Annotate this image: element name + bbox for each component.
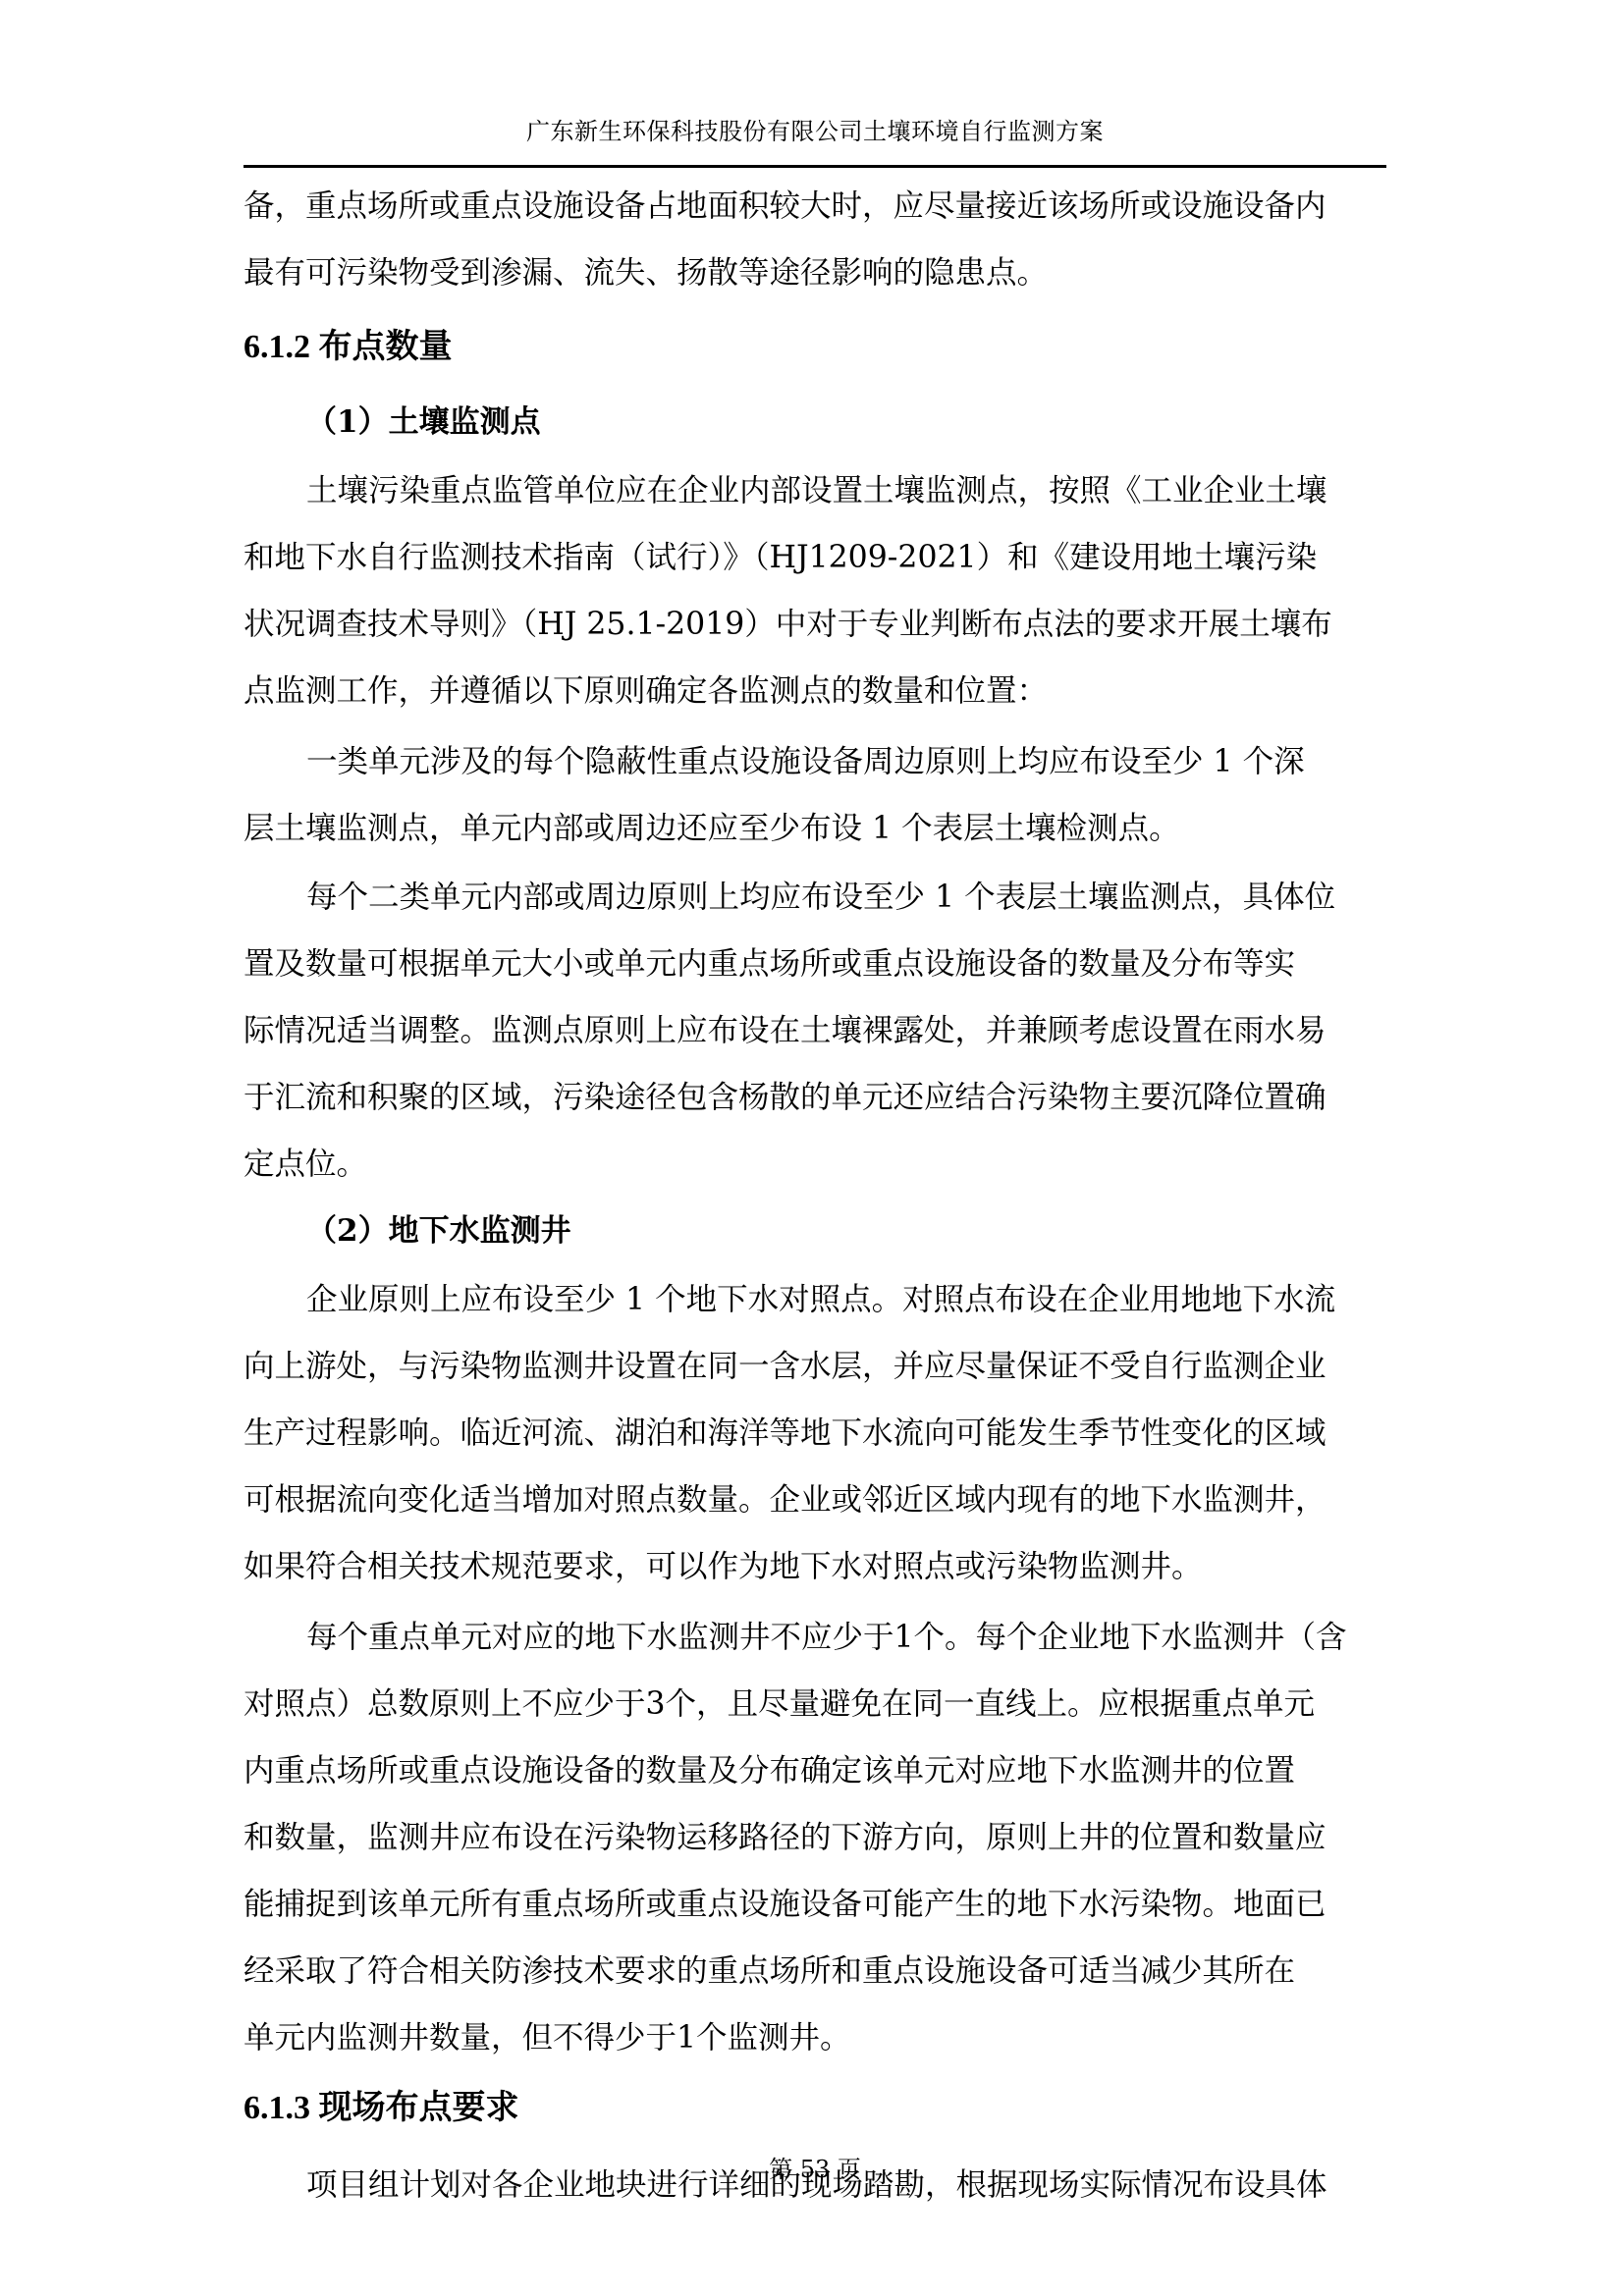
intro-line: 备，重点场所或重点设施设备占地面积较大时，应尽量接近该场所或设施设备内 — [244, 187, 1326, 226]
subsection-heading-soil-monitoring-points: （1）土壤监测点 — [306, 402, 541, 442]
intro-line: 最有可污染物受到渗漏、流失、扬散等途径影响的隐患点。 — [244, 253, 1048, 293]
paragraph-line: 和数量，监测井应布设在污染物运移路径的下游方向，原则上井的位置和数量应 — [244, 1818, 1326, 1857]
paragraph-line: 每个二类单元内部或周边原则上均应布设至少 1 个表层土壤监测点，具体位 — [306, 878, 1335, 917]
paragraph-line: 定点位。 — [244, 1145, 367, 1184]
paragraph-line: 内重点场所或重点设施设备的数量及分布确定该单元对应地下水监测井的位置 — [244, 1751, 1295, 1790]
paragraph-line: 点监测工作，并遵循以下原则确定各监测点的数量和位置： — [244, 671, 1048, 711]
paragraph-line: 生产过程影响。临近河流、湖泊和海洋等地下水流向可能发生季节性变化的区域 — [244, 1414, 1326, 1453]
section-heading-6-1-2: 6.1.2 布点数量 — [244, 326, 453, 369]
paragraph-line: 可根据流向变化适当增加对照点数量。企业或邻近区域内现有的地下水监测井， — [244, 1480, 1326, 1520]
paragraph-line: 和地下水自行监测技术指南（试行）》（HJ1209-2021）和《建设用地土壤污染 — [244, 538, 1317, 577]
paragraph-line: 能捕捉到该单元所有重点场所或重点设施设备可能产生的地下水污染物。地面已 — [244, 1885, 1326, 1924]
paragraph-line: 土壤污染重点监管单位应在企业内部设置土壤监测点，按照《工业企业土壤 — [306, 471, 1327, 510]
paragraph-line: 向上游处，与污染物监测井设置在同一含水层，并应尽量保证不受自行监测企业 — [244, 1347, 1326, 1386]
paragraph-line: 置及数量可根据单元大小或单元内重点场所或重点设施设备的数量及分布等实 — [244, 944, 1295, 984]
page-number: 第 53 页 — [244, 2154, 1386, 2185]
header-rule — [244, 165, 1386, 168]
paragraph-line: 如果符合相关技术规范要求，可以作为地下水对照点或污染物监测井。 — [244, 1547, 1203, 1586]
paragraph-line: 对照点）总数原则上不应少于3个，且尽量避免在同一直线上。应根据重点单元 — [244, 1684, 1315, 1724]
paragraph-line: 际情况适当调整。监测点原则上应布设在土壤裸露处，并兼顾考虑设置在雨水易 — [244, 1011, 1326, 1050]
paragraph-line: 于汇流和积聚的区域，污染途径包含杨散的单元还应结合污染物主要沉降位置确 — [244, 1078, 1326, 1117]
paragraph-line: 状况调查技术导则》（HJ 25.1-2019）中对于专业判断布点法的要求开展土壤… — [244, 605, 1332, 644]
paragraph-line: 单元内监测井数量，但不得少于1个监测井。 — [244, 2018, 851, 2057]
subsection-heading-groundwater-wells: （2）地下水监测井 — [306, 1211, 571, 1251]
paragraph-line: 企业原则上应布设至少 1 个地下水对照点。对照点布设在企业用地地下水流 — [306, 1280, 1335, 1319]
paragraph-line: 层土壤监测点，单元内部或周边还应至少布设 1 个表层土壤检测点。 — [244, 809, 1180, 848]
paragraph-line: 一类单元涉及的每个隐蔽性重点设施设备周边原则上均应布设至少 1 个深 — [306, 742, 1305, 781]
paragraph-line: 经采取了符合相关防渗技术要求的重点场所和重点设施设备可适当减少其所在 — [244, 1951, 1295, 1991]
paragraph-line: 每个重点单元对应的地下水监测井不应少于1个。每个企业地下水监测井（含 — [306, 1618, 1347, 1657]
section-heading-6-1-3: 6.1.3 现场布点要求 — [244, 2087, 519, 2130]
running-header: 广东新生环保科技股份有限公司土壤环境自行监测方案 — [244, 116, 1386, 147]
